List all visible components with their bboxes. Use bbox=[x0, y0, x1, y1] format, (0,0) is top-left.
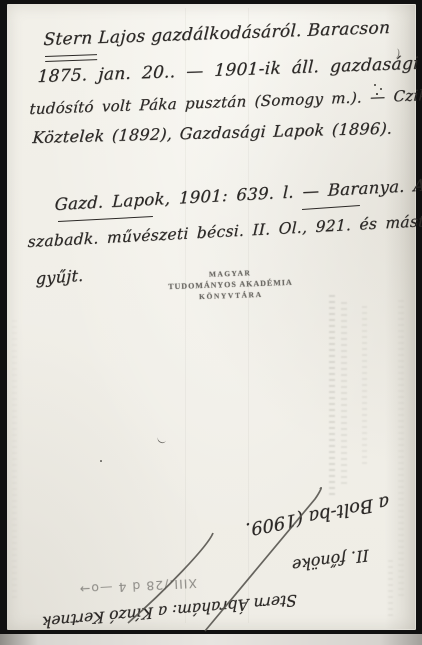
ink-speck bbox=[100, 460, 102, 462]
pencil-arrow-mark: —o→ bbox=[79, 581, 113, 598]
scanner-edge-strip bbox=[0, 634, 422, 645]
show-through-text bbox=[362, 306, 367, 466]
ink-speck bbox=[374, 84, 376, 86]
scanned-index-card: { "colors": { "scan_border": "#101010", … bbox=[0, 0, 422, 645]
show-through-text bbox=[388, 560, 393, 620]
show-through-text bbox=[329, 295, 335, 495]
library-stamp: MAGYAR TUDOMÁNYOS AKADÉMIA KÖNYVTÁRA bbox=[162, 267, 298, 304]
ink-speck bbox=[376, 93, 378, 95]
ink-speck bbox=[380, 88, 382, 90]
pencil-shelfmark-text: XIII./28 d 4 bbox=[117, 576, 197, 595]
show-through-text bbox=[12, 320, 17, 600]
note-middle-line-3: gyűjt. bbox=[36, 266, 84, 288]
show-through-text bbox=[398, 300, 404, 600]
show-through-text bbox=[341, 302, 347, 487]
